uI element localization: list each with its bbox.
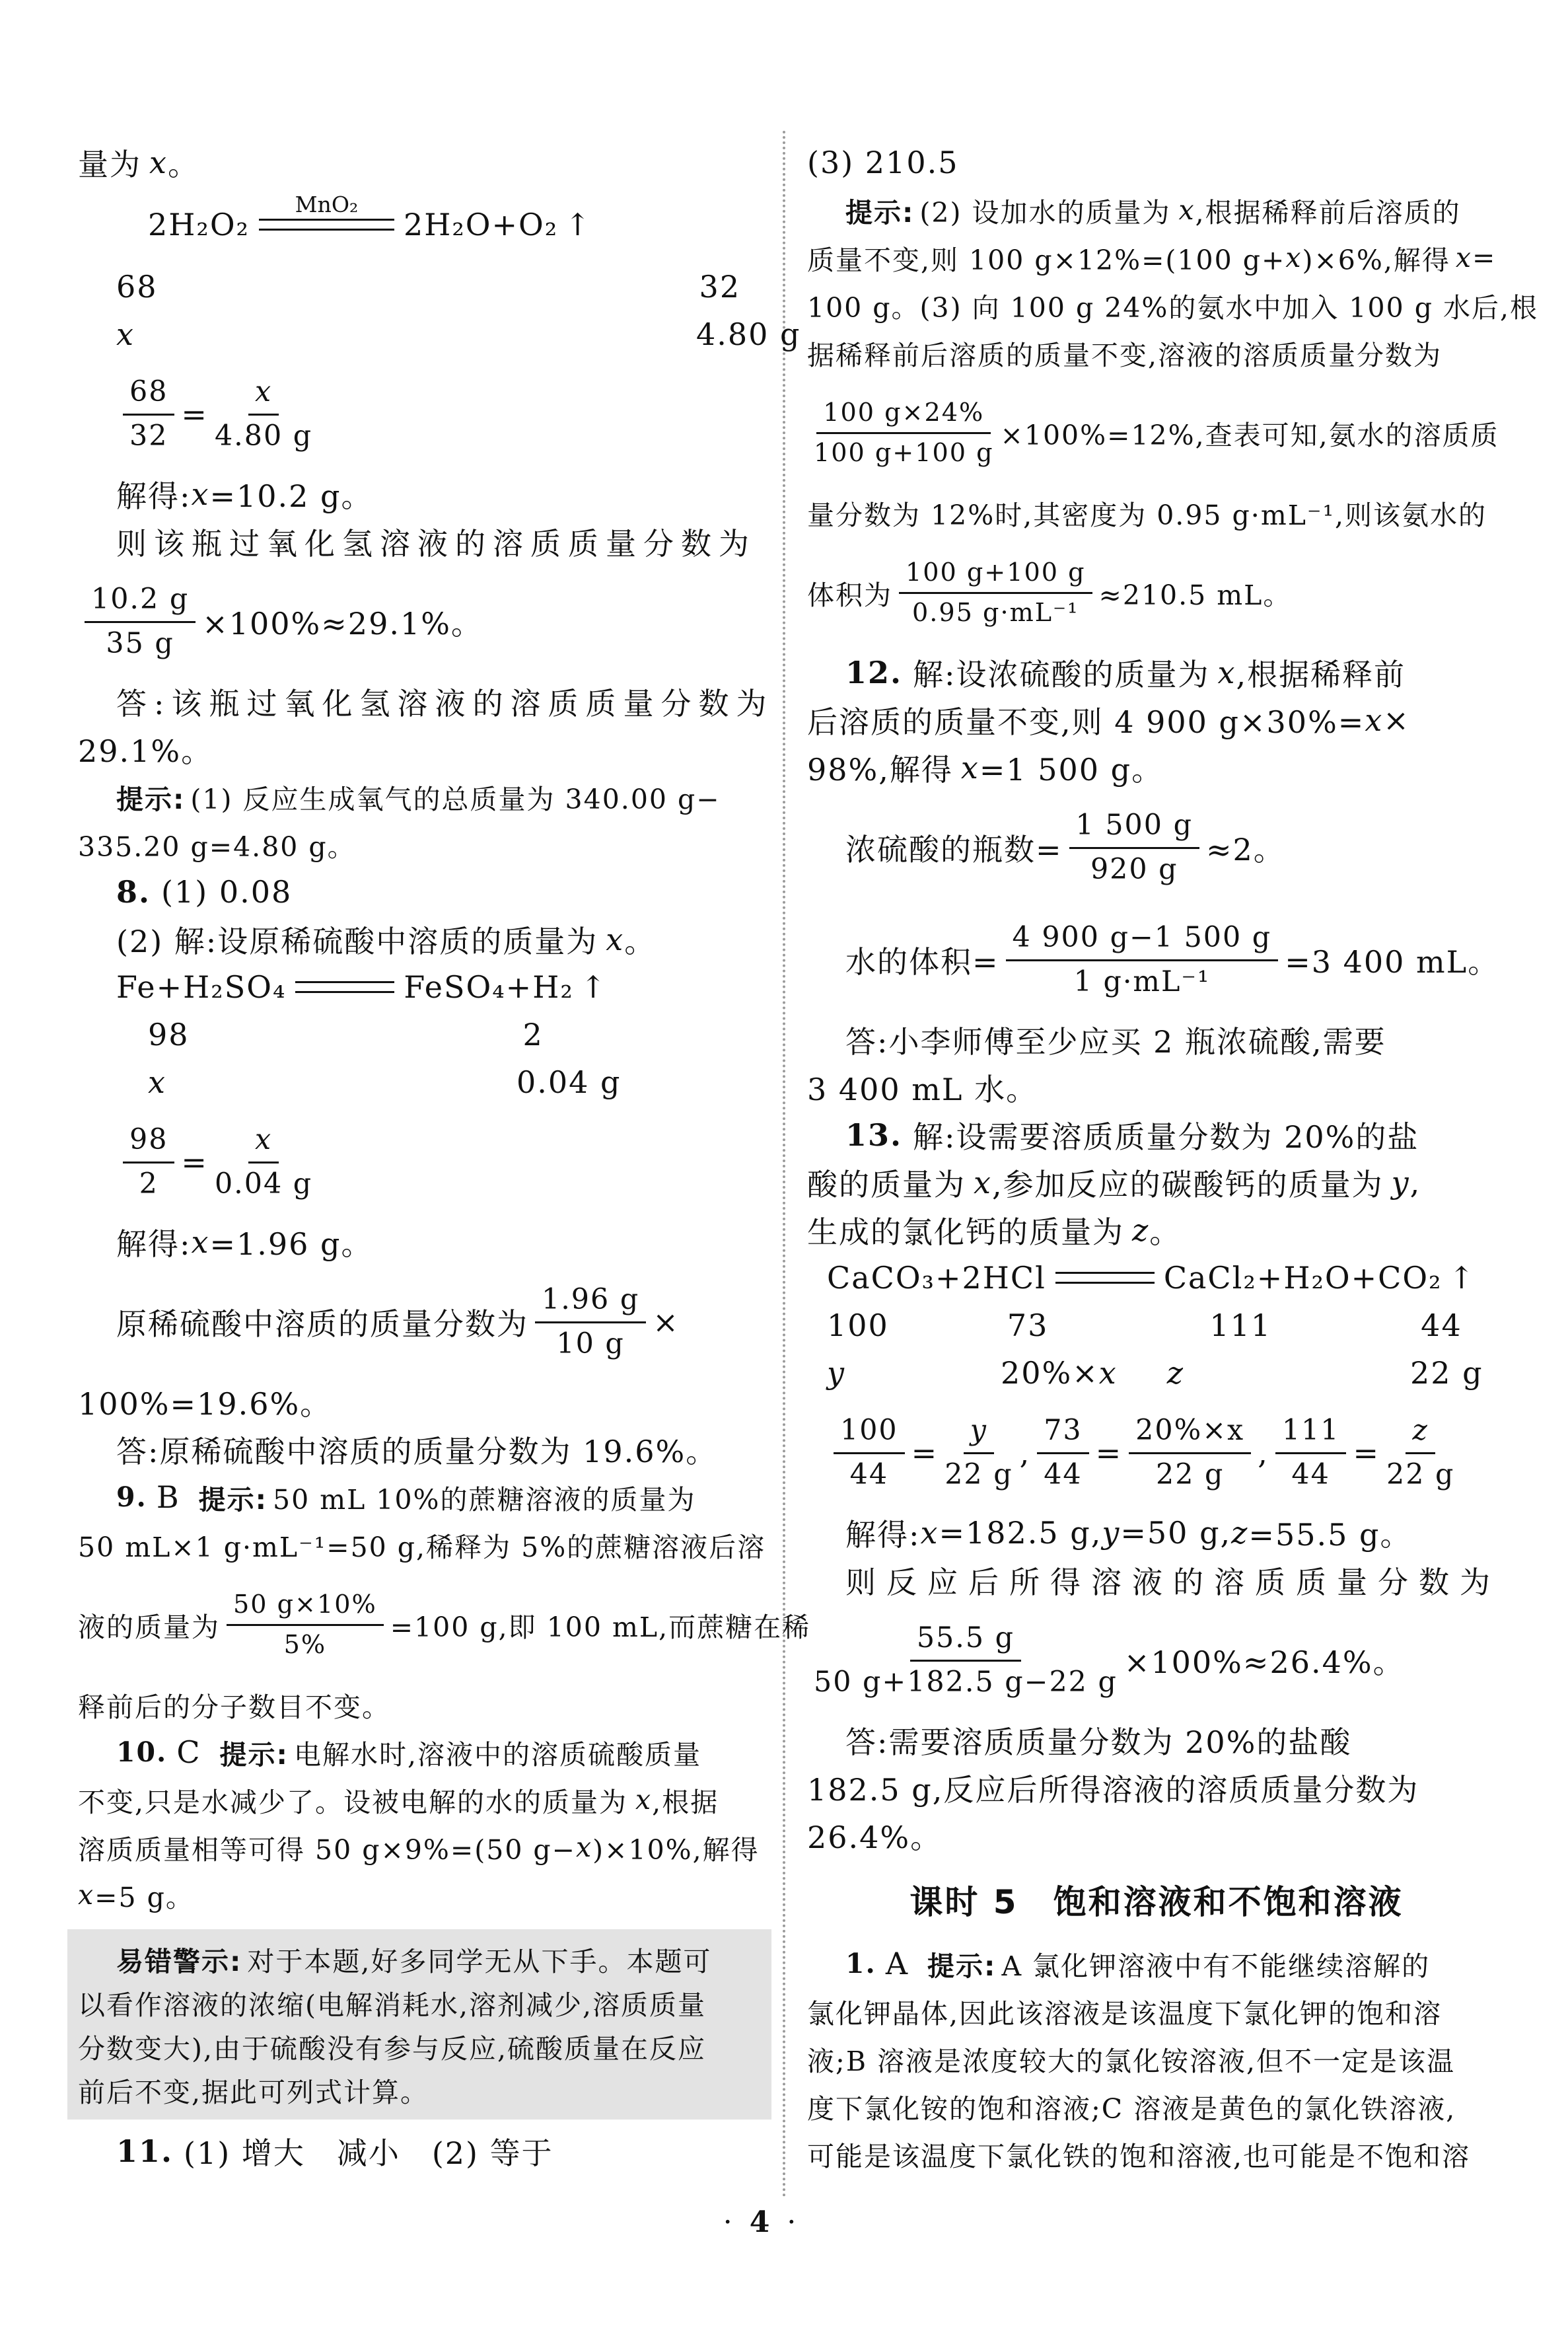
page: { "left": { "l1": [{"t":"量为"},{"g":12},{…	[0, 0, 1568, 2325]
proportion-equations: 10044=y22 g,7344=20%×x22 g,11144=z22 g	[807, 1397, 1506, 1509]
warning-line: 分数变大),由于硫酸没有参与反应,硫酸质量在反应	[78, 2024, 761, 2068]
text-line: 3 400 mL 水。	[807, 1064, 1506, 1111]
molar-mass-row: 6832	[78, 263, 761, 311]
left-column: 量为x。 2H₂O₂MnO₂2H₂O+O₂↑ 6832 x4.80 g 6832…	[78, 139, 761, 2175]
water-volume-calc: 水的体积=4 900 g−1 500 g1 g·mL⁻¹=3 400 mL。	[807, 904, 1506, 1016]
hint-line: 质量不变,则 100 g×12%=(100 g+x)×6%,解得x=	[807, 234, 1506, 281]
molar-mass-row: 982	[78, 1011, 761, 1058]
molar-mass-row: 1007311144	[807, 1302, 1506, 1349]
chemical-equation-caco3: CaCO₃+2HClCaCl₂+H₂O+CO₂↑	[807, 1254, 1506, 1302]
hint-fraction-line: 100 g×24%100 g+100 g×100%=12%,查表可知,氨水的溶质…	[807, 377, 1506, 489]
answer-line: 答:原稀硫酸中溶质的质量分数为 19.6%。	[78, 1426, 761, 1473]
hint-line: 溶质质量相等可得 50 g×9%=(50 g−x)×10%,解得	[78, 1824, 761, 1871]
chemical-equation-fe: Fe+H₂SO₄FeSO₄+H₂↑	[78, 963, 761, 1011]
hint-line: x=5 g。	[78, 1871, 761, 1919]
item-10: 10.C提示:电解水时,溶液中的溶质硫酸质量	[78, 1728, 761, 1776]
right-column: (3) 210.5 提示:(2) 设加水的质量为x,根据稀释前后溶质的 质量不变…	[807, 139, 1506, 2178]
text-line: 29.1%。	[78, 725, 761, 773]
hint-line: 液;B 溶液是浓度较大的氯化铵溶液,但不一定是该温	[807, 2035, 1506, 2083]
text-line: 则该瓶过氧化氢溶液的溶质质量分数为	[78, 518, 761, 566]
hint-line: 氯化钾晶体,因此该溶液是该温度下氯化钾的饱和溶	[807, 1987, 1506, 2035]
solve-result-line: 解得:x=1.96 g。	[78, 1218, 761, 1266]
hint-line: 提示:(1) 反应生成氧气的总质量为 340.00 g−	[78, 773, 761, 821]
solve-result-line: 解得:x=10.2 g。	[78, 470, 761, 518]
hint-fraction-line: 液的质量为50 g×10%5%=100 g,即 100 mL,而蔗糖在稀	[78, 1568, 761, 1681]
text-line: 182.5 g,反应后所得溶液的溶质质量分数为	[807, 1764, 1506, 1812]
mass-fraction-calc: 原稀硫酸中溶质的质量分数为1.96 g10 g×	[78, 1266, 761, 1378]
answer-line: 答:该瓶过氧化氢溶液的溶质质量分数为	[78, 678, 761, 725]
hint-line: 335.20 g=4.80 g。	[78, 821, 761, 868]
warning-line: 易错警示:对于本题,好多同学无从下手。本题可	[78, 1937, 761, 1981]
hint-line: 可能是该温度下氯化铁的饱和溶液,也可能是不饱和溶	[807, 2130, 1506, 2178]
text-line: 量为x。	[78, 139, 761, 186]
mass-fraction-calc: 10.2 g35 g×100%≈29.1%。	[78, 566, 761, 678]
hint-line: 度下氯化铵的饱和溶液;C 溶液是黄色的氯化铁溶液,	[807, 2083, 1506, 2130]
chemical-equation-h2o2: 2H₂O₂MnO₂2H₂O+O₂↑	[78, 186, 761, 263]
item-12: 12.解:设浓硫酸的质量为x,根据稀释前	[807, 649, 1506, 696]
answer-line: 答:需要溶质质量分数为 20%的盐酸	[807, 1716, 1506, 1764]
hint-line: 100 g。(3) 向 100 g 24%的氨水中加入 100 g 水后,根	[807, 281, 1506, 329]
hint-line: 量分数为 12%时,其密度为 0.95 g·mL⁻¹,则该氨水的	[807, 489, 1506, 536]
item-11: 11.(1) 增大 减小 (2) 等于	[78, 2127, 761, 2175]
hint-line: 提示:(2) 设加水的质量为x,根据稀释前后溶质的	[807, 186, 1506, 234]
item-9: 9.B提示:50 mL 10%的蔗糖溶液的质量为	[78, 1473, 761, 1521]
text-line: 酸的质量为x,参加反应的碳酸钙的质量为y,	[807, 1159, 1506, 1206]
unknown-mass-row: x0.04 g	[78, 1058, 761, 1106]
text-line: 26.4%。	[807, 1812, 1506, 1859]
hint-fraction-line: 体积为100 g+100 g0.95 g·mL⁻¹≈210.5 mL。	[807, 536, 1506, 649]
item-8: 8.(1) 0.08	[78, 868, 761, 916]
text-line: (2) 解:设原稀硫酸中溶质的质量为x。	[78, 916, 761, 963]
hint-line: 释前后的分子数目不变。	[78, 1681, 761, 1728]
solve-result-line: 解得:x=182.5 g,y=50 g,z=55.5 g。	[807, 1509, 1506, 1557]
text-line: 98%,解得x=1 500 g。	[807, 744, 1506, 792]
unknown-mass-row: y20%×xz22 g	[807, 1349, 1506, 1397]
hint-line: 50 mL×1 g·mL⁻¹=50 g,稀释为 5%的蔗糖溶液后溶	[78, 1521, 761, 1568]
lesson-heading: 课时 5 饱和溶液和不饱和溶液	[807, 1859, 1506, 1940]
item-13: 13.解:设需要溶质质量分数为 20%的盐	[807, 1111, 1506, 1159]
page-footer: ·4·	[0, 2205, 1519, 2239]
warning-line: 以看作溶液的浓缩(电解消耗水,溶剂减少,溶质质量	[78, 1981, 761, 2024]
footer-page-number: 4	[750, 2205, 770, 2239]
text-line: 则反应后所得溶液的溶质质量分数为	[807, 1557, 1506, 1604]
mass-fraction-calc: 55.5 g50 g+182.5 g−22 g×100%≈26.4%。	[807, 1604, 1506, 1716]
bottle-count-calc: 浓硫酸的瓶数=1 500 g920 g≈2。	[807, 792, 1506, 904]
column-divider	[783, 131, 785, 2199]
proportion-equation: 982=x0.04 g	[78, 1106, 761, 1218]
text-line: 生成的氯化钙的质量为z。	[807, 1206, 1506, 1254]
unknown-mass-row: x4.80 g	[78, 311, 761, 358]
footer-dot-left: ·	[723, 2205, 732, 2239]
warning-line: 前后不变,据此可列式计算。	[78, 2068, 761, 2112]
item-1: 1.A提示:A 氯化钾溶液中有不能继续溶解的	[807, 1940, 1506, 1987]
answer-line: 答:小李师傅至少应买 2 瓶浓硫酸,需要	[807, 1016, 1506, 1064]
hint-line: 据稀释前后溶质的质量不变,溶液的溶质质量分数为	[807, 329, 1506, 377]
proportion-equation: 6832=x4.80 g	[78, 358, 761, 470]
footer-dot-right: ·	[787, 2205, 796, 2239]
hint-line: 不变,只是水减少了。设被电解的水的质量为x,根据	[78, 1776, 761, 1824]
text-line: (3) 210.5	[807, 139, 1506, 186]
warning-box: 易错警示:对于本题,好多同学无从下手。本题可 以看作溶液的浓缩(电解消耗水,溶剂…	[67, 1929, 771, 2120]
text-line: 100%=19.6%。	[78, 1378, 761, 1426]
text-line: 后溶质的质量不变,则 4 900 g×30%=x×	[807, 696, 1506, 744]
